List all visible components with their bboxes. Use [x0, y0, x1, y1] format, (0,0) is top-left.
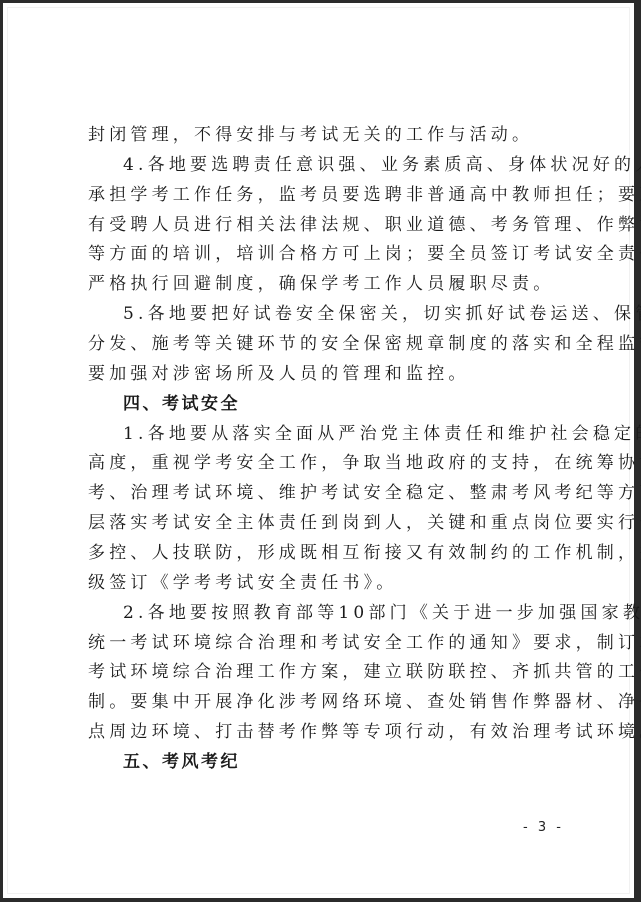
document-page: 封闭管理，不得安排与考试无关的工作与活动。 4.各地要选聘责任意识强、业务素质高…: [3, 3, 634, 898]
paragraph-line: 制。要集中开展净化涉考网络环境、查处销售作弊器材、净化考: [88, 688, 566, 718]
paragraph-line: 级签订《学考考试安全责任书》。: [88, 569, 566, 599]
paragraph-line: 要加强对涉密场所及人员的管理和监控。: [88, 360, 566, 390]
document-viewer-frame: 封闭管理，不得安排与考试无关的工作与活动。 4.各地要选聘责任意识强、业务素质高…: [0, 0, 641, 902]
paragraph-line: 考、治理考试环境、维护考试安全稳定、整肃考风考纪等方面层: [88, 479, 566, 509]
paragraph-line: 有受聘人员进行相关法律法规、职业道德、考务管理、作弊识别: [88, 211, 566, 241]
paragraph-line: 统一考试环境综合治理和考试安全工作的通知》要求，制订本地: [88, 629, 566, 659]
paragraph-line: 多控、人技联防，形成既相互衔接又有效制约的工作机制，并逐: [88, 539, 566, 569]
section-heading-exam-security: 四、考试安全: [88, 390, 566, 420]
page-number: - 3 -: [523, 820, 564, 835]
paragraph-line: 1.各地要从落实全面从严治党主体责任和维护社会稳定的: [88, 420, 566, 450]
paragraph-line: 封闭管理，不得安排与考试无关的工作与活动。: [88, 121, 566, 151]
paragraph-line: 4.各地要选聘责任意识强、业务素质高、身体状况好的人员: [88, 151, 566, 181]
paragraph-line: 严格执行回避制度，确保学考工作人员履职尽责。: [88, 270, 566, 300]
paragraph-line: 等方面的培训，培训合格方可上岗；要全员签订考试安全责任书，: [88, 240, 566, 270]
paragraph-line: 承担学考工作任务，监考员要选聘非普通高中教师担任；要对所: [88, 181, 566, 211]
document-body: 封闭管理，不得安排与考试无关的工作与活动。 4.各地要选聘责任意识强、业务素质高…: [88, 121, 566, 778]
paragraph-line: 分发、施考等关键环节的安全保密规章制度的落实和全程监管；: [88, 330, 566, 360]
paragraph-line: 高度，重视学考安全工作，争取当地政府的支持，在统筹协调学: [88, 449, 566, 479]
paragraph-line: 层落实考试安全主体责任到岗到人，关键和重点岗位要实行一岗: [88, 509, 566, 539]
paragraph-line: 5.各地要把好试卷安全保密关，切实抓好试卷运送、保管、: [88, 300, 566, 330]
paragraph-line: 点周边环境、打击替考作弊等专项行动，有效治理考试环境。: [88, 718, 566, 748]
paragraph-line: 2.各地要按照教育部等10部门《关于进一步加强国家教育: [88, 599, 566, 629]
paragraph-line: 考试环境综合治理工作方案，建立联防联控、齐抓共管的工作机: [88, 658, 566, 688]
section-heading-exam-discipline: 五、考风考纪: [88, 748, 566, 778]
